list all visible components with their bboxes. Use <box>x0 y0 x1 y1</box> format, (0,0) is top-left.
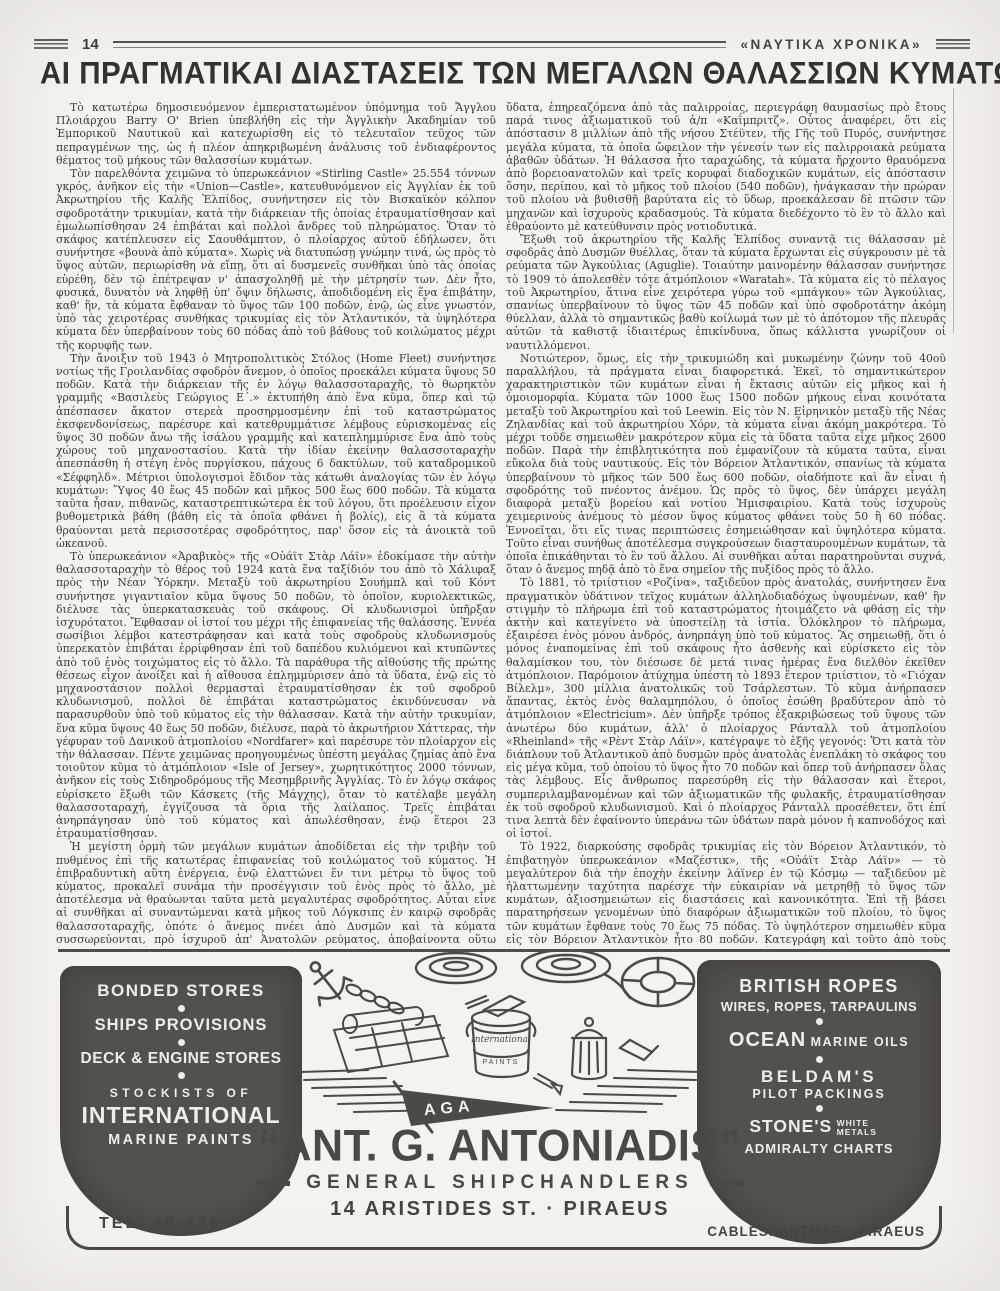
paragraph: Νοτιώτερον, ὅμως, εἰς τὴν τρικυμιώδη καὶ… <box>506 352 946 576</box>
paragraph: Ἡ μεγίστη ὁρμὴ τῶν μεγάλων κυμάτων ἀποδί… <box>56 840 496 947</box>
ad-line: BRITISH ROPES <box>697 976 941 997</box>
paragraph: Τὸ 1881, τὸ τριίστιον «Ροζίνα», ταξιδεῦο… <box>506 576 946 840</box>
article-headline: ΑΙ ΠΡΑΓΜΑΤΙΚΑΙ ΔΙΑΣΤΑΣΕΙΣ ΤΩΝ ΜΕΓΑΛΩΝ ΘΑ… <box>40 56 960 93</box>
magazine-page: 14 «ΝΑΥΤΙΚΑ ΧΡΟΝΙΚΑ» ΑΙ ΠΡΑΓΜΑΤΙΚΑΙ ΔΙΑΣ… <box>0 0 1000 1291</box>
article-body: Τὸ κατωτέρω δημοσιευόμενον ἐμπεριστατωμέ… <box>56 101 946 947</box>
ad-left-panel: BONDED STORES SHIPS PROVISIONS DECK & EN… <box>60 966 302 1236</box>
page-header: 14 «ΝΑΥΤΙΚΑ ΧΡΟΝΙΚΑ» <box>34 34 970 54</box>
right-column: ὕδατα, ἐπηρεαζόμενα ἀπὸ τὰς παλιρροίας, … <box>506 101 946 947</box>
ad-bottom-frame: TEL. 40-436 CABLES: ANTMAR · PIRAEUS <box>66 1206 942 1250</box>
page-number: 14 <box>78 36 103 53</box>
company-subtitle: GENERAL SHIPCHANDLERS <box>306 1172 693 1194</box>
ship-supplies-illustration: AGA International PAINTS <box>298 952 702 1134</box>
paragraph: Τὸ 1922, διαρκούσης σφοδρᾶς τρικυμίας εἰ… <box>506 840 946 947</box>
company-name: “ANT. G. ANTONIADIS” <box>0 1121 1000 1172</box>
paragraph: ὕδατα, ἐπηρεαζόμενα ἀπὸ τὰς παλιρροίας, … <box>506 101 946 233</box>
separator-dot <box>178 1072 185 1079</box>
paragraph: Τὸ κατωτέρω δημοσιευόμενον ἐμπεριστατωμέ… <box>56 101 496 167</box>
lifebuoy-icon <box>622 958 694 1006</box>
ad-line: SHIPS PROVISIONS <box>60 1016 302 1035</box>
telephone: TEL. 40-436 <box>99 1215 221 1233</box>
separator-dot <box>178 1039 185 1046</box>
separator-dot <box>816 1105 823 1112</box>
ad-line: DECK & ENGINE STORES <box>60 1050 302 1068</box>
cables-address: CABLES: ANTMAR · PIRAEUS <box>707 1224 925 1239</box>
scraper-icon <box>534 1074 562 1094</box>
subtitle-dash-right <box>710 1181 744 1186</box>
hatch-lines-right <box>556 1070 700 1112</box>
paint-can-label: International <box>470 1035 531 1045</box>
rope-coil-icon <box>522 952 630 998</box>
header-rule <box>113 41 727 48</box>
scan-artifact-line <box>953 88 955 333</box>
chart-icon <box>334 1007 448 1072</box>
masthead-title: «ΝΑΥΤΙΚΑ ΧΡΟΝΙΚΑ» <box>736 37 926 52</box>
subtitle-dash-left <box>256 1181 290 1186</box>
separator-dot <box>816 1018 823 1025</box>
ad-line: BONDED STORES <box>60 981 302 1001</box>
paragraph: Τὸν παρελθόντα χειμῶνα τὸ ὑπερωκεάνιον «… <box>56 167 496 352</box>
ad-line: BELDAM'S <box>697 1067 941 1087</box>
ad-line: STOCKISTS OF <box>60 1086 302 1100</box>
left-column: Τὸ κατωτέρω δημοσιευόμενον ἐμπεριστατωμέ… <box>56 101 496 947</box>
chain-icon <box>345 983 405 1016</box>
ad-line-small: MARINE OILS <box>811 1035 909 1049</box>
paragraph: Τὴν ἄνοιξιν τοῦ 1943 ὁ Μητροπολιτικὸς Στ… <box>56 352 496 550</box>
brush-icon <box>620 1040 658 1060</box>
ad-line: PILOT PACKINGS <box>697 1087 941 1101</box>
paint-can-label-2: PAINTS <box>483 1059 520 1066</box>
ad-line-big: OCEAN <box>729 1029 806 1051</box>
paragraph: Ἔξωθι τοῦ ἀκρωτηρίου τῆς Καλῆς Ἐλπίδος σ… <box>506 233 946 352</box>
rope-coil-icon <box>416 953 496 983</box>
separator-dot <box>178 1005 185 1012</box>
anchor-icon <box>298 952 356 1011</box>
paragraph: Τὸ ὑπερωκεάνιον «Ἀραβικὸς» τῆς «Οὐάϊτ Στ… <box>56 550 496 840</box>
separator-dot <box>816 1056 823 1063</box>
ad-line: WIRES, ROPES, TARPAULINS <box>697 999 941 1014</box>
shipchandler-advertisement: BONDED STORES SHIPS PROVISIONS DECK & EN… <box>0 944 1000 1279</box>
ad-line: OCEAN MARINE OILS <box>697 1029 941 1052</box>
lantern-icon <box>572 1018 606 1079</box>
rule-ornament-left <box>34 39 68 49</box>
company-subtitle-row: GENERAL SHIPCHANDLERS <box>0 1172 1000 1194</box>
rule-ornament-right <box>936 39 970 49</box>
